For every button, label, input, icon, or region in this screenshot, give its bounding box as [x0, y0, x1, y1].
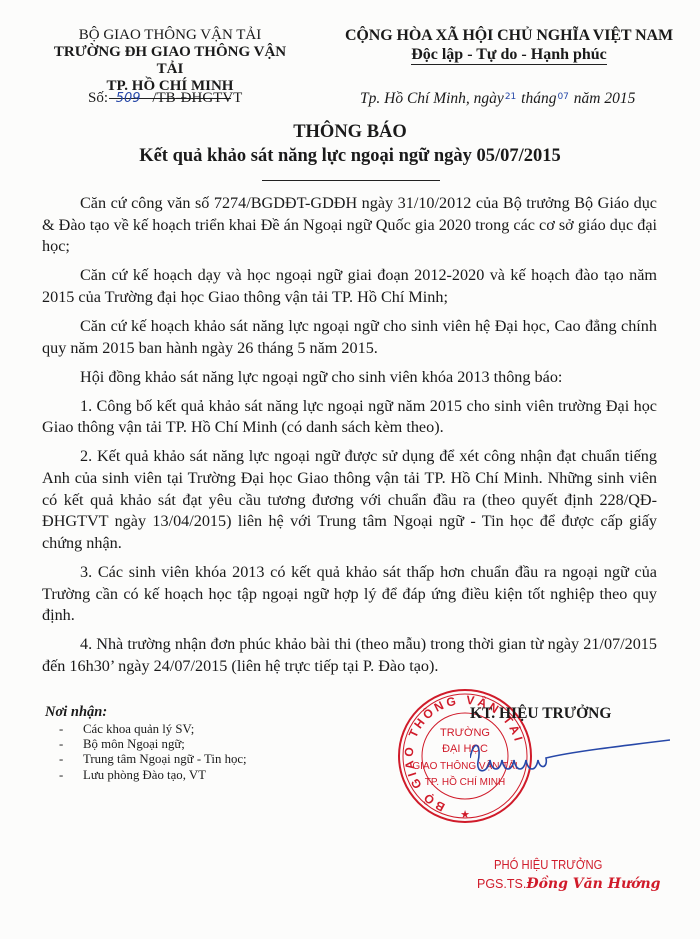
body-paragraph: Căn cứ công văn số 7274/BGDĐT-GDĐH ngày … [42, 193, 657, 258]
document-number-suffix: /TB-ĐHGTVT [152, 90, 242, 106]
national-motto: Độc lập - Tự do - Hạnh phúc [318, 45, 700, 64]
title-rule [262, 180, 440, 181]
document-number-handwritten: 509 [116, 91, 141, 106]
recipients-block: Nơi nhận: Các khoa quản lý SV; Bộ môn Ng… [45, 705, 247, 783]
signatory-title-prefix: PGS.TS. [477, 877, 526, 891]
signatory-name: Đồng Văn Hướng [526, 876, 660, 892]
date-line: Tp. Hồ Chí Minh, ngày21 tháng07 năm 2015 [360, 90, 635, 108]
body-paragraph: 2. Kết quả khảo sát năng lực ngoại ngữ đ… [42, 446, 657, 554]
recipients-heading: Nơi nhận: [45, 705, 247, 720]
recipient-item: Trung tâm Ngoại ngữ - Tin học; [45, 752, 247, 767]
body-paragraph: Căn cứ kế hoạch khảo sát năng lực ngoại … [42, 316, 657, 359]
recipients-list: Các khoa quản lý SV; Bộ môn Ngoại ngữ; T… [45, 722, 247, 783]
signatory-on-behalf: KT. HIỆU TRƯỞNG [470, 705, 611, 723]
national-header-block: CỘNG HÒA XÃ HỘI CHỦ NGHĨA VIỆT NAM Độc l… [318, 26, 700, 64]
signatory-position: PHÓ HIỆU TRƯỞNG [494, 858, 602, 872]
body-paragraph: 4. Nhà trường nhận đơn phúc khảo bài thi… [42, 634, 657, 677]
document-body: Căn cứ công văn số 7274/BGDĐT-GDĐH ngày … [42, 193, 657, 685]
republic-name: CỘNG HÒA XÃ HỘI CHỦ NGHĨA VIỆT NAM [318, 26, 700, 45]
recipient-item: Bộ môn Ngoại ngữ; [45, 737, 247, 752]
university-name: TRƯỜNG ĐH GIAO THÔNG VẬN TẢI [40, 44, 300, 78]
handwritten-signature [470, 728, 670, 798]
day-handwritten: 21 [505, 92, 516, 102]
ministry-name: BỘ GIAO THÔNG VẬN TẢI [40, 26, 300, 44]
document-number-label: Số: [88, 90, 108, 106]
body-paragraph: 3. Các sinh viên khóa 2013 có kết quả kh… [42, 562, 657, 627]
document-number: Số: 509 /TB-ĐHGTVT [88, 90, 242, 107]
issuing-authority-block: BỘ GIAO THÔNG VẬN TẢI TRƯỜNG ĐH GIAO THÔ… [40, 26, 300, 99]
signatory-name-line: PGS.TS.Đồng Văn Hướng [477, 876, 660, 892]
body-paragraph: Hội đồng khảo sát năng lực ngoại ngữ cho… [42, 367, 657, 389]
body-paragraph: 1. Công bố kết quả khảo sát năng lực ngo… [42, 396, 657, 439]
recipient-item: Lưu phòng Đào tạo, VT [45, 768, 247, 783]
month-handwritten: 07 [557, 92, 568, 102]
stamp-star-icon: ★ [460, 809, 470, 821]
recipient-item: Các khoa quản lý SV; [45, 722, 247, 737]
body-paragraph: Căn cứ kế hoạch dạy và học ngoại ngữ gia… [42, 265, 657, 308]
document-title: THÔNG BÁO [0, 120, 700, 144]
document-subtitle: Kết quả khảo sát năng lực ngoại ngữ ngày… [0, 144, 700, 168]
